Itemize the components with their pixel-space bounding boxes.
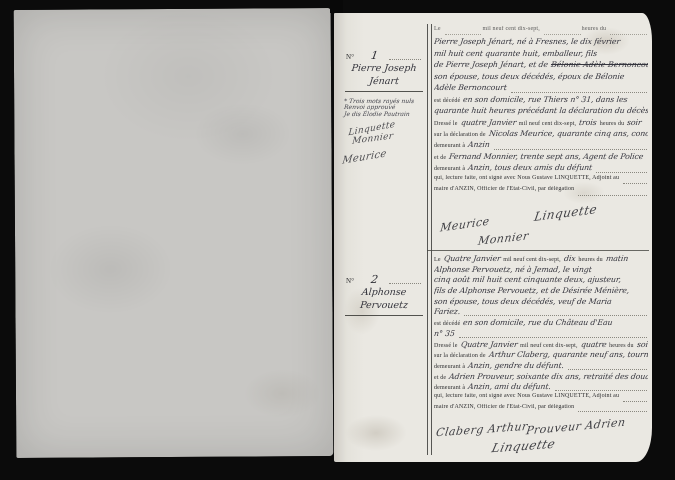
signature: Linquette [490, 437, 557, 456]
handwritten-text: Anzin, gendre du défunt. [468, 361, 565, 370]
printed-text: heures du [600, 121, 625, 127]
record-line: Fariez. [434, 307, 648, 318]
printed-text: et de [434, 155, 446, 161]
printed-text: heures du [582, 26, 607, 32]
handwritten-text: son épouse, tous deux décédés, époux de … [434, 72, 625, 81]
act-2-signatures: Claberg Arthur Prouveur Adrien Linquette [434, 415, 648, 463]
printed-text: est décédé [434, 321, 460, 327]
handwritten-text: Pierre Joseph Jénart, né à Fresnes, le d… [434, 37, 621, 46]
printed-text: et de [434, 375, 446, 381]
handwritten-text: Nicolas Meurice, quarante cinq ans, conc… [488, 129, 648, 138]
printed-text: Dressé le [434, 121, 458, 127]
record-line: maire d'ANZIN, Officier de l'État-Civil,… [434, 404, 648, 415]
printed-text: maire d'ANZIN, Officier de l'État-Civil,… [434, 404, 574, 410]
handwritten-text: Adrien Prouveur, soixante dix ans, retra… [449, 372, 648, 381]
record-line: cinq août mil huit cent cinquante deux, … [434, 275, 648, 286]
printed-text: heures du [578, 257, 603, 263]
record-line: son épouse, tous deux décédés, veuf de M… [434, 297, 648, 308]
printed-text: Le [434, 257, 441, 263]
record-line: LeQuatre Janviermil neuf cent dix-sept,d… [434, 254, 648, 265]
act-1-text: Lemil neuf cent dix-sept,heures duPierre… [434, 26, 648, 198]
printed-text: maire d'ANZIN, Officier de l'État-Civil,… [434, 186, 574, 192]
ruled-fill-line [389, 282, 421, 284]
binding-mark [330, 0, 343, 13]
act-number-label: N° [346, 53, 354, 61]
handwritten-text: quatre [580, 340, 607, 349]
printed-text: mil neuf cent dix-sept, [482, 26, 539, 32]
printed-text: heures du [609, 343, 634, 349]
printed-text: mil neuf cent dix-sept, [520, 343, 577, 349]
note-line: Je dis Élodie Pautrain [344, 112, 427, 118]
record-line: n° 35 [434, 329, 648, 340]
deceased-name-line: Alphonse [341, 286, 426, 299]
ruled-fill-line [464, 314, 647, 316]
record-line: et deFernand Monnier, trente sept ans, A… [434, 152, 648, 163]
record-line: est décédéen son domicile, rue du Châtea… [434, 318, 648, 329]
record-line: sur la déclaration deNicolas Meurice, qu… [434, 129, 648, 140]
record-line: Lemil neuf cent dix-sept,heures du [434, 26, 648, 37]
printed-text: demeurant à [434, 364, 465, 370]
ruled-fill-line [596, 171, 647, 173]
handwritten-text: son épouse, tous deux décédés, veuf de M… [434, 297, 612, 306]
record-line: Dressé lequatre Janviermil neuf cent dix… [434, 118, 648, 129]
record-line: Dressé leQuatre Janviermil neuf cent dix… [434, 340, 648, 351]
handwritten-text: Fariez. [434, 307, 461, 316]
ruled-fill-line [578, 194, 647, 196]
record-line: quarante huit heures précédant la déclar… [434, 106, 648, 117]
handwritten-text: dix [563, 254, 576, 263]
ruled-fill-line [555, 389, 647, 391]
printed-text: Le [434, 26, 441, 32]
ruled-fill-line [389, 58, 421, 60]
printed-text: mil neuf cent dix-sept, [503, 257, 560, 263]
handwritten-text: Adèle Bernoncourt [434, 83, 507, 92]
signature: Meurice [342, 149, 388, 167]
handwritten-text: Arthur Claberg, quarante neuf ans, tourn… [488, 350, 648, 359]
handwritten-text: Quatre Janvier [443, 254, 501, 263]
handwritten-text: n° 35 [434, 329, 455, 338]
handwritten-text: Alphonse Pervouetz, né à Jemad, le vingt [434, 265, 592, 274]
handwritten-text: Anzin [468, 140, 491, 149]
handwritten-text: quarante huit heures précédant la déclar… [434, 106, 648, 115]
act-number-label: N° [346, 277, 354, 285]
act-number-row: N° 2 [342, 273, 426, 286]
printed-text: Dressé le [434, 343, 458, 349]
handwritten-text: soir [627, 118, 643, 127]
record-line: Adèle Bernoncourt [434, 83, 648, 94]
handwritten-text: soir [636, 340, 648, 349]
printed-text: sur la déclaration de [434, 132, 486, 138]
record-line: fils de Alphonse Pervouetz, et de Désiré… [434, 286, 648, 297]
signature: Meurice [440, 214, 491, 234]
record-line: et deAdrien Prouveur, soixante dix ans, … [434, 372, 648, 383]
printed-text: demeurant à [434, 166, 465, 172]
handwritten-text: cinq août mil huit cent cinquante deux, … [434, 275, 622, 284]
ruled-fill-line [445, 33, 482, 35]
margin-underline [345, 91, 423, 92]
record-line: demeurant àAnzin, tous deux amis du défu… [434, 163, 648, 174]
signature: Linquette [533, 202, 598, 224]
handwritten-text: mil huit cent quarante huit, emballeur, … [434, 49, 598, 58]
ruled-fill-line [511, 91, 647, 93]
act-2-text: LeQuatre Janviermil neuf cent dix-sept,d… [434, 254, 648, 414]
margin-double-rule [427, 24, 432, 455]
handwritten-text: en son domicile, rue du Château d'Eau [463, 318, 614, 327]
record-line: qui, lecture faite, ont signé avec Nous … [434, 175, 648, 186]
struck-text: Bélonie Adèle Bernoncourt [550, 60, 648, 69]
act-number-value: 1 [356, 49, 389, 62]
printed-text: demeurant à [434, 385, 465, 391]
signature: Monnier [477, 229, 529, 248]
handwritten-text: en son domicile, rue Thiers n° 31, dans … [463, 95, 629, 104]
record-line: mil huit cent quarante huit, emballeur, … [434, 49, 648, 60]
act-2-margin: N° 2 Alphonse Pervouetz [342, 273, 426, 373]
margin-correction-note: * Trois mots rayés nuls Renvoi approuvé … [342, 99, 426, 118]
record-line: Alphonse Pervouetz, né à Jemad, le vingt [434, 265, 648, 276]
act-number-value: 2 [356, 273, 389, 286]
ruled-fill-line [544, 33, 581, 35]
handwritten-text: Fernand Monnier, trente sept ans, Agent … [449, 152, 644, 161]
ruled-fill-line [623, 182, 647, 184]
handwritten-text: de Pierre Joseph Jénart, et de [434, 60, 549, 69]
left-blank-page [14, 8, 334, 458]
ruled-fill-line [568, 368, 647, 370]
handwritten-text: Anzin, tous deux amis du défunt [468, 163, 593, 172]
act-1-signatures: Meurice Linquette Monnier [434, 204, 648, 252]
handwritten-text: Anzin, ami du défunt. [468, 382, 552, 391]
ruled-fill-line [459, 336, 647, 338]
record-line: demeurant àAnzin, ami du défunt. [434, 382, 648, 393]
handwritten-text: matin [605, 254, 628, 263]
act-1-margin: N° 1 Pierre Joseph Jénart * Trois mots r… [342, 49, 426, 254]
record-line: sur la déclaration deArthur Claberg, qua… [434, 350, 648, 361]
record-line: maire d'ANZIN, Officier de l'État-Civil,… [434, 186, 648, 197]
ruled-fill-line [494, 148, 647, 150]
act-number-row: N° 1 [342, 49, 426, 62]
record-line: qui, lecture faite, ont signé avec Nous … [434, 393, 648, 404]
record-line: est décédéen son domicile, rue Thiers n°… [434, 95, 648, 106]
margin-signatures: Linquette Monnier Meurice [342, 122, 426, 182]
signature: Prouveur Adrien [525, 416, 626, 438]
register-page: N° 1 Pierre Joseph Jénart * Trois mots r… [334, 13, 652, 462]
handwritten-text: trois [579, 118, 598, 127]
record-line: son épouse, tous deux décédés, époux de … [434, 72, 648, 83]
printed-text: est décédé [434, 98, 460, 104]
printed-text: qui, lecture faite, ont signé avec Nous … [434, 393, 619, 399]
deceased-name-line: Pierre Joseph [341, 62, 426, 75]
ruled-fill-line [623, 400, 647, 402]
record-line: de Pierre Joseph Jénart, et deBélonie Ad… [434, 60, 648, 71]
record-line: demeurant àAnzin, gendre du défunt. [434, 361, 648, 372]
record-line: demeurant àAnzin [434, 140, 648, 151]
deceased-name-line: Pervouetz [341, 299, 426, 312]
handwritten-text: quatre Janvier [460, 118, 516, 127]
printed-text: sur la déclaration de [434, 353, 486, 359]
ruled-fill-line [578, 410, 647, 412]
ruled-fill-line [610, 33, 647, 35]
handwritten-text: fils de Alphonse Pervouetz, et de Désiré… [434, 286, 630, 295]
deceased-name-line: Jénart [341, 75, 426, 88]
handwritten-text: Quatre Janvier [460, 340, 518, 349]
printed-text: demeurant à [434, 143, 465, 149]
printed-text: qui, lecture faite, ont signé avec Nous … [434, 175, 619, 181]
printed-text: mil neuf cent dix-sept, [519, 121, 576, 127]
record-line: Pierre Joseph Jénart, né à Fresnes, le d… [434, 37, 648, 48]
signature: Claberg Arthur [435, 420, 529, 440]
margin-underline [345, 315, 423, 316]
